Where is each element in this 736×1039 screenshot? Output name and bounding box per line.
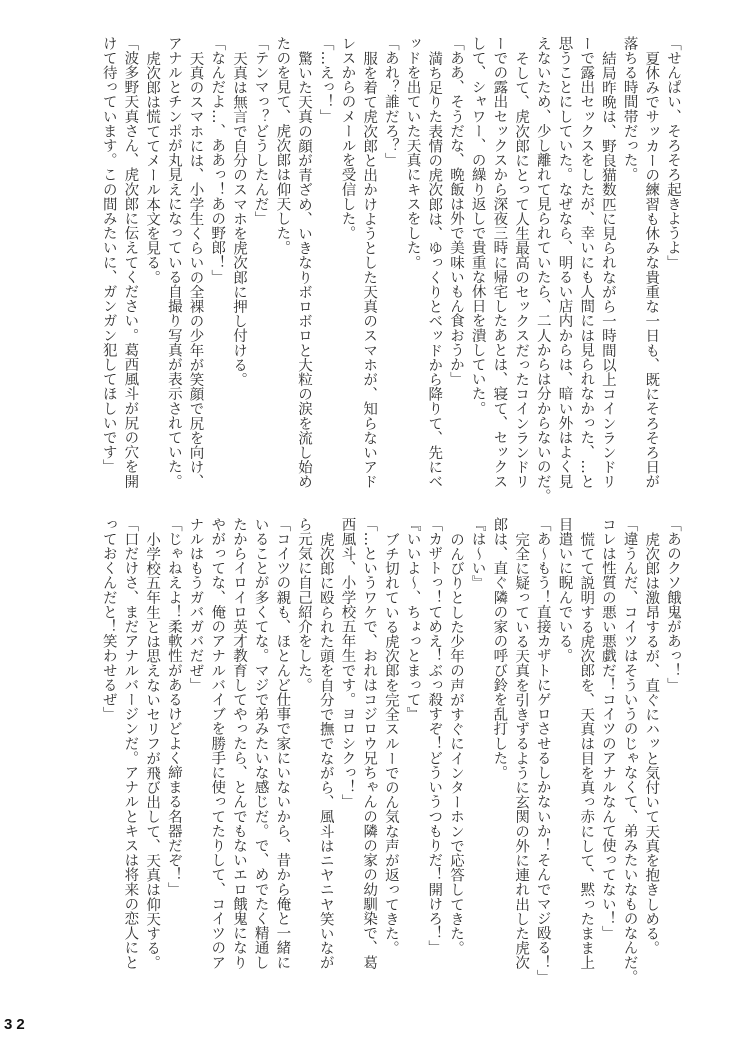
text-line: 「なんだよ…、ああっ！あの野郎！」 xyxy=(206,36,228,508)
text-line: 夏休みでサッカーの練習も休みな貴重な一日も、既にそろそろ日が xyxy=(640,36,662,508)
text-line: 小学校五年生とは思えないセリフが飛び出して、天真は仰天する。 xyxy=(140,517,162,989)
text-line: 郎は、直ぐ隣の家の呼び鈴を乱打した。 xyxy=(488,517,510,989)
text-line: えないため、少し離れて見られていたら、二人からは分からないのだ。 xyxy=(531,36,553,508)
text-line: 『いいよ〜、ちょっとまって』 xyxy=(401,517,423,989)
text-line: 目遣いに睨んでいる。 xyxy=(553,517,575,989)
text-line: 満ち足りた表情の虎次郎は、ゆっくりとベッドから降りて、先にベ xyxy=(423,36,445,508)
text-line: 完全に疑っている天真を引きずるように玄関の外に連れ出した虎次 xyxy=(509,517,531,989)
text-line: やがってな、俺のアナルバイブを勝手に使ってたりして、コイツのア xyxy=(206,517,228,989)
text-line: 「口だけさ、まだアナルバージンだ。アナルとキスは将来の恋人にと xyxy=(119,517,141,989)
text-line: 思うことにしていた。なぜなら、明るい店内からは、暗い外はよく見 xyxy=(553,36,575,508)
text-line: けて待っています。この間みたいに、ガンガン犯してほしいです」 xyxy=(97,36,119,508)
text-line: ーで露出セックスをしたが、幸いにも人間には見られなかった、…と xyxy=(574,36,596,508)
text-line: ら元気に自己紹介をした。 xyxy=(292,517,314,989)
text-line: 「あれ？誰だろ？」 xyxy=(379,36,401,508)
text-line: 虎次郎は激昂するが、直ぐにハッと気付いて天真を抱きしめる。 xyxy=(640,517,662,989)
novel-page: 「せんぱい、そろそろ起きようよ」夏休みでサッカーの練習も休みな貴重な一日も、既に… xyxy=(0,0,736,1039)
text-line: 服を着て虎次郎と出かけようとした天真のスマホが、知らないアド xyxy=(357,36,379,508)
text-line: 驚いた天真の顔が青ざめ、いきなりボロボロと大粒の涙を流し始め xyxy=(292,36,314,508)
text-line: レスからのメールを受信した。 xyxy=(336,36,358,508)
text-line: 結局昨晩は、野良猫数匹に見られながら一時間以上コインランドリ xyxy=(596,36,618,508)
text-line: たのを見て、虎次郎は仰天した。 xyxy=(271,36,293,508)
text-line: 「…えっ！」 xyxy=(314,36,336,508)
text-line: 『は〜い』 xyxy=(466,517,488,989)
text-block-top: 「せんぱい、そろそろ起きようよ」夏休みでサッカーの練習も休みな貴重な一日も、既に… xyxy=(97,36,683,508)
text-line: 「あのクソ餓鬼があっ！」 xyxy=(661,517,683,989)
text-line: 「波多野天真さん、虎次郎に伝えてください。葛西風斗が尻の穴を開 xyxy=(119,36,141,508)
text-line: ッドを出ていた天真にキスをした。 xyxy=(401,36,423,508)
text-line: 「コイツの親も、ほとんど仕事で家にいないから、昔から俺と一緒に xyxy=(271,517,293,989)
text-line: コレは性質の悪い悪戯だ！コイツのアナルなんて使ってない！」 xyxy=(596,517,618,989)
text-line: たからイロイロ英才教育してやったら、とんでもないエロ餓鬼になり xyxy=(227,517,249,989)
text-line: 西風斗、小学校五年生です。ヨロシクっ！」 xyxy=(336,517,358,989)
text-line: 「違うんだ、コイツはそういうのじゃなくて、弟みたいなものなんだ。 xyxy=(618,517,640,989)
text-line: アナルとチンポが丸見えになっている自撮り写真が表示されていた。 xyxy=(162,36,184,508)
text-line: のんびりとした少年の声がすぐにインターホンで応答してきた。 xyxy=(444,517,466,989)
text-line: 「じゃねえよ！柔軟性があるけどよく締まる名器だぞ！」 xyxy=(162,517,184,989)
text-line: 天真のスマホには、小学生くらいの全裸の少年が笑顔で尻を向け、 xyxy=(184,36,206,508)
text-line: 虎次郎は慌ててメール本文を見る。 xyxy=(140,36,162,508)
text-line: 「あ〜もう！直接カザトにゲロさせるしかないか！そんでマジ殴る！」 xyxy=(531,517,553,989)
text-line: そして、虎次郎にとって人生最高のセックスだったコインランドリ xyxy=(509,36,531,508)
text-block-bottom: 「あのクソ餓鬼があっ！」虎次郎は激昂するが、直ぐにハッと気付いて天真を抱きしめる… xyxy=(97,517,683,989)
text-line: 天真は無言で自分のスマホを虎次郎に押し付ける。 xyxy=(227,36,249,508)
text-line: 「せんぱい、そろそろ起きようよ」 xyxy=(661,36,683,508)
text-line: 「テンマっ？どうしたんだ」 xyxy=(249,36,271,508)
text-line: 慌てて説明する虎次郎を、天真は目を真っ赤にして、黙ったまま上 xyxy=(574,517,596,989)
text-line: いることが多くてな。マジで弟みたいな感じだ。で、めでたく精通し xyxy=(249,517,271,989)
text-line: して、シャワー、の繰り返しで貴重な休日を潰していた。 xyxy=(466,36,488,508)
text-line: ナルはもうガバガバだぜ」 xyxy=(184,517,206,989)
text-line: 虎次郎に殴られた頭を自分で撫でながら、風斗はニヤニヤ笑いなが xyxy=(314,517,336,989)
text-line: ーでの露出セックスから深夜三時に帰宅したあとは、寝て、セックス xyxy=(488,36,510,508)
text-line: 「…というワケで、おれはコジロウ兄ちゃんの隣の家の幼馴染で、葛 xyxy=(357,517,379,989)
page-number: 32 xyxy=(4,1016,29,1033)
text-line: ブチ切れている虎次郎を完全スルーでのん気な声が返ってきた。 xyxy=(379,517,401,989)
text-line: 落ちる時間帯だった。 xyxy=(618,36,640,508)
text-line: っておくんだと！笑わせるぜ」 xyxy=(97,517,119,989)
text-line: 「カザトっ！てめえ！ぶっ殺すぞ！どういうつもりだ！開けろ！」 xyxy=(423,517,445,989)
text-line: 「ああ、そうだな、晩飯は外で美味いもん食おうか」 xyxy=(444,36,466,508)
